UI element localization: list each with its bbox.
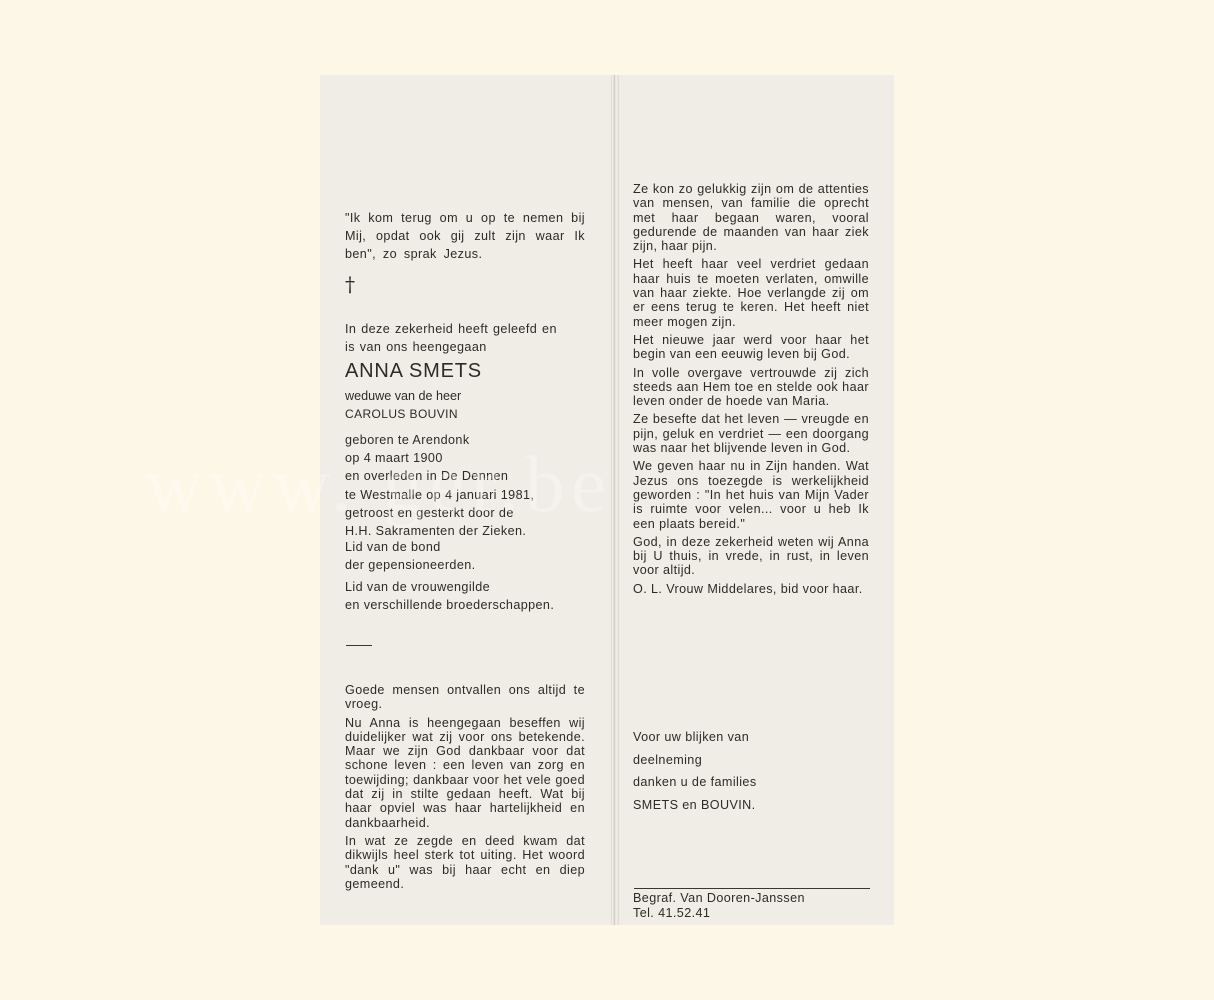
paragraph: Ze kon zo gelukkig zijn om de attenties … bbox=[633, 182, 869, 253]
thanks-note: Voor uw blijken van deelneming danken u … bbox=[633, 726, 869, 816]
paragraph: In volle overgave vertrouwde zij zich st… bbox=[633, 366, 869, 409]
thanks-line: danken u de families bbox=[633, 771, 869, 794]
intro-line: In deze zekerheid heeft geleefd en bbox=[345, 320, 585, 338]
deceased-name: ANNA SMETS bbox=[345, 360, 482, 383]
membership-line: der gepensioneerden. bbox=[345, 556, 585, 574]
biography: geboren te Arendonk op 4 maart 1900 en o… bbox=[345, 431, 585, 540]
thanks-line: deelneming bbox=[633, 749, 869, 772]
paragraph: Het heeft haar veel verdriet gedaan haar… bbox=[633, 257, 869, 328]
bio-line: geboren te Arendonk bbox=[345, 431, 585, 449]
card-fold bbox=[611, 75, 619, 925]
spouse-block: weduwe van de heer CAROLUS BOUVIN bbox=[345, 387, 461, 423]
paragraph: Ze besefte dat het leven — vreugde en pi… bbox=[633, 412, 869, 455]
paragraph: O. L. Vrouw Middelares, bid voor haar. bbox=[633, 582, 869, 596]
membership-line: Lid van de bond bbox=[345, 538, 585, 556]
paragraph: Goede mensen ontvallen ons altijd te vro… bbox=[345, 683, 585, 712]
opening-quote: "Ik kom terug om u op te nemen bij Mij, … bbox=[345, 209, 585, 263]
widow-of-label: weduwe van de heer bbox=[345, 387, 461, 405]
intro-text: In deze zekerheid heeft geleefd en is va… bbox=[345, 320, 585, 356]
bio-line: op 4 maart 1900 bbox=[345, 449, 585, 467]
intro-line: is van ons heengegaan bbox=[345, 338, 585, 356]
right-reflection: Ze kon zo gelukkig zijn om de attenties … bbox=[633, 182, 869, 596]
paragraph: Het nieuwe jaar werd voor haar het begin… bbox=[633, 333, 869, 362]
paragraph: In wat ze zegde en deed kwam dat dikwijl… bbox=[345, 834, 585, 891]
membership-line: en verschillende broederschappen. bbox=[345, 596, 585, 614]
bio-line: en overleden in De Dennen bbox=[345, 467, 585, 485]
printer-name: Begraf. Van Dooren-Janssen bbox=[633, 891, 869, 906]
membership-1: Lid van de bond der gepensioneerden. bbox=[345, 538, 585, 574]
paragraph: Nu Anna is heengegaan beseffen wij duide… bbox=[345, 716, 585, 830]
section-divider bbox=[346, 645, 372, 646]
membership-2: Lid van de vrouwengilde en verschillende… bbox=[345, 578, 585, 614]
membership-line: Lid van de vrouwengilde bbox=[345, 578, 585, 596]
footer-rule bbox=[634, 888, 870, 889]
bio-line: getroost en gesterkt door de bbox=[345, 504, 585, 522]
left-reflection: Goede mensen ontvallen ons altijd te vro… bbox=[345, 683, 585, 891]
cross-icon: † bbox=[345, 272, 355, 296]
thanks-line: Voor uw blijken van bbox=[633, 726, 869, 749]
thanks-line: SMETS en BOUVIN. bbox=[633, 794, 869, 817]
spouse-name: CAROLUS BOUVIN bbox=[345, 405, 461, 423]
printer-phone: Tel. 41.52.41 bbox=[633, 906, 869, 921]
printer-credit: Begraf. Van Dooren-Janssen Tel. 41.52.41 bbox=[633, 891, 869, 920]
paragraph: God, in deze zekerheid weten wij Anna bi… bbox=[633, 535, 869, 578]
paragraph: We geven haar nu in Zijn handen. Wat Jez… bbox=[633, 459, 869, 530]
bio-line: te Westmalle op 4 januari 1981, bbox=[345, 486, 585, 504]
